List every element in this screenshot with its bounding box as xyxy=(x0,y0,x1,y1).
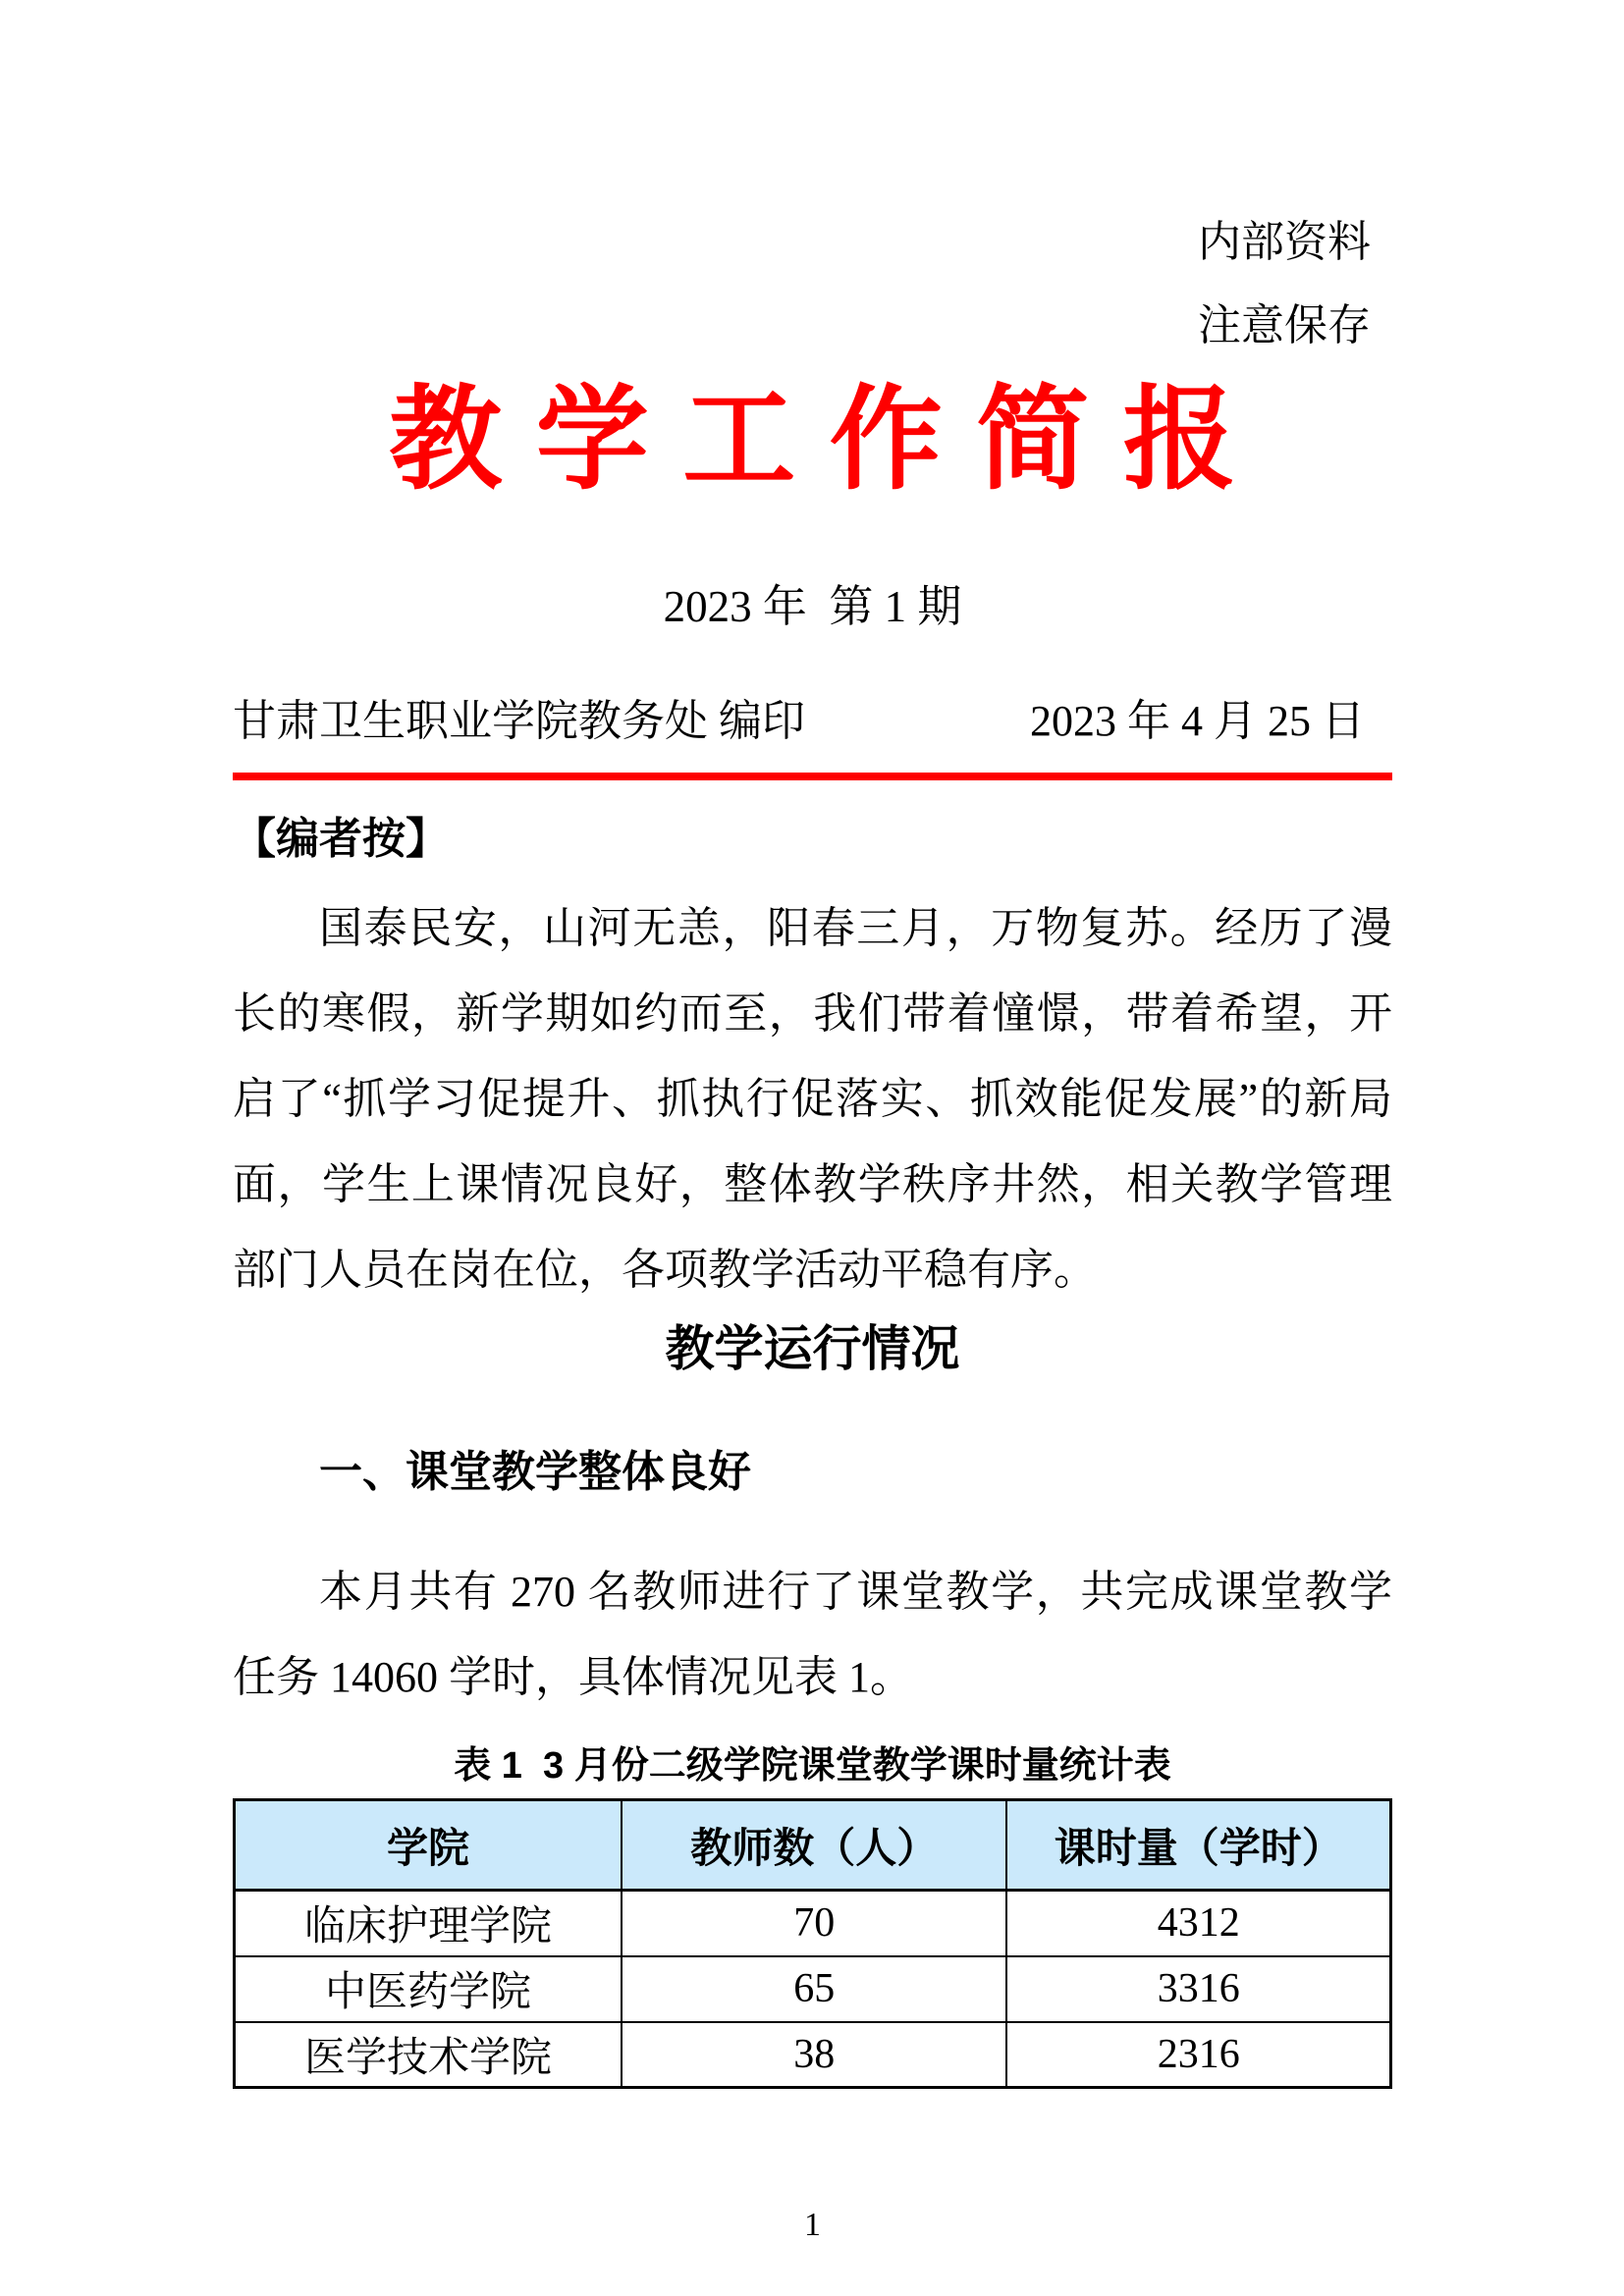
cell-teacher-count: 65 xyxy=(622,1956,1006,2022)
classification-block: 内部资料 注意保存 xyxy=(233,0,1392,367)
table-header-row: 学院 教师数（人） 课时量（学时） xyxy=(235,1800,1391,1891)
table-header-college: 学院 xyxy=(235,1800,623,1891)
section-heading: 教学运行情况 xyxy=(233,1317,1392,1380)
classification-line-confidential: 内部资料 xyxy=(233,200,1371,284)
publisher-row: 甘肃卫生职业学院教务处 编印 2023 年 4 月 25 日 xyxy=(233,691,1392,752)
stats-paragraph: 本月共有 270 名教师进行了课堂教学，共完成课堂教学任务 14060 学时，具… xyxy=(233,1549,1392,1720)
cell-teacher-count: 70 xyxy=(622,1891,1006,1956)
stats-table: 学院 教师数（人） 课时量（学时） 临床护理学院 70 4312 中医药学院 6… xyxy=(233,1798,1392,2089)
editor-note-label: 【编者按】 xyxy=(233,810,1392,869)
subsection-heading: 一、课堂教学整体良好 xyxy=(233,1443,1392,1502)
table-row: 中医药学院 65 3316 xyxy=(235,1956,1391,2022)
page-number: 1 xyxy=(233,2206,1392,2245)
table-row: 医学技术学院 38 2316 xyxy=(235,2022,1391,2088)
classification-line-keep: 注意保存 xyxy=(233,284,1371,367)
document-page: 内部资料 注意保存 教学工作简报 2023 年 第 1 期 甘肃卫生职业学院教务… xyxy=(0,0,1624,2296)
cell-college: 医学技术学院 xyxy=(235,2022,623,2088)
issue-line: 2023 年 第 1 期 xyxy=(233,577,1392,636)
table-caption: 表 1 3 月份二级学院课堂教学课时量统计表 xyxy=(233,1740,1392,1791)
cell-teacher-count: 38 xyxy=(622,2022,1006,2088)
cell-college: 临床护理学院 xyxy=(235,1891,623,1956)
table-row: 临床护理学院 70 4312 xyxy=(235,1891,1391,1956)
cell-class-hours: 2316 xyxy=(1006,2022,1390,2088)
bulletin-title: 教学工作简报 xyxy=(233,379,1392,503)
cell-class-hours: 4312 xyxy=(1006,1891,1390,1956)
cell-college: 中医药学院 xyxy=(235,1956,623,2022)
table-header-teacher-count: 教师数（人） xyxy=(622,1800,1006,1891)
editor-note-paragraph: 国泰民安，山河无恙，阳春三月，万物复苏。经历了漫长的寒假，新学期如约而至，我们带… xyxy=(233,885,1392,1312)
publisher-name: 甘肃卫生职业学院教务处 编印 xyxy=(233,691,805,752)
red-divider xyxy=(233,773,1392,780)
table-header-class-hours: 课时量（学时） xyxy=(1006,1800,1390,1891)
cell-class-hours: 3316 xyxy=(1006,1956,1390,2022)
publish-date: 2023 年 4 月 25 日 xyxy=(1030,691,1365,752)
